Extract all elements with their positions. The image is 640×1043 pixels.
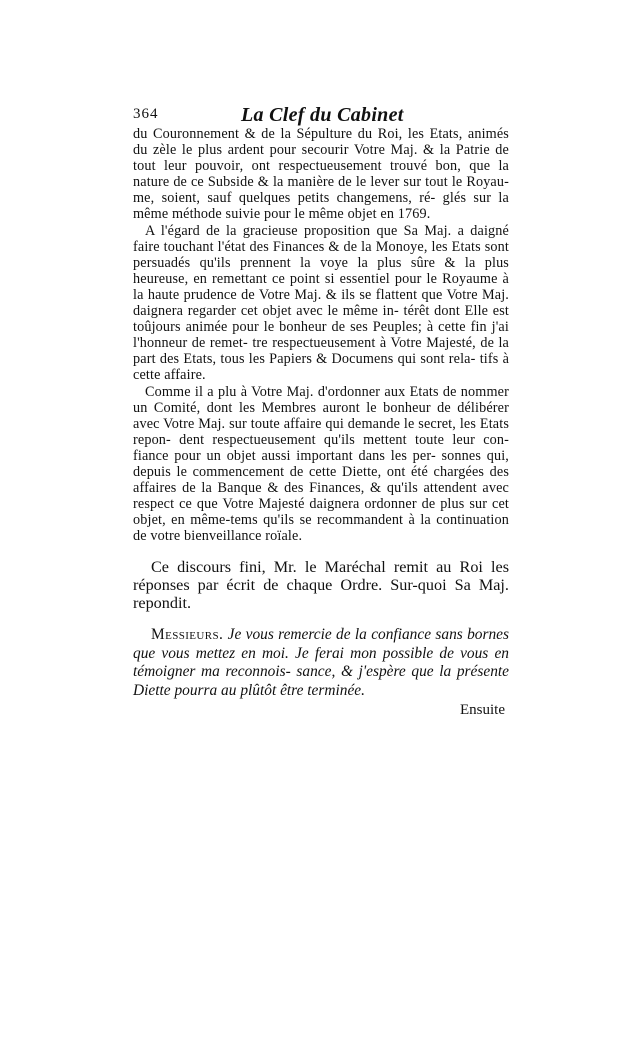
running-title: La Clef du Cabinet xyxy=(241,104,404,127)
salutation: Messieurs. xyxy=(151,626,223,643)
paragraph-comite: Comme il a plu à Votre Maj. d'ordonner a… xyxy=(133,384,509,545)
text-line: Comme il a plu à Votre Maj. d'ordonner a… xyxy=(145,384,405,400)
paragraph-continuation: du Couronnement & de la Sépulture du Roi… xyxy=(133,126,509,223)
text-line: Etats, tous les Papiers & Documens qui s… xyxy=(183,351,475,367)
body-text: du Couronnement & de la Sépulture du Roi… xyxy=(133,126,509,544)
text-line: Subside & la manière de le lever sur tou… xyxy=(208,174,509,190)
text-line: Je vous remercie de la confiance xyxy=(228,626,431,643)
text-line: Ce discours fini, Mr. le Maréchal remit … xyxy=(151,558,451,576)
text-line: A l'égard de la gracieuse proposition qu… xyxy=(145,223,451,239)
text-line: me, soient, sauf quelques petits changem… xyxy=(133,190,435,206)
text-line: objet en 1769. xyxy=(348,206,431,222)
catchword: Ensuite xyxy=(133,702,509,719)
narrative-paragraph: Ce discours fini, Mr. le Maréchal remit … xyxy=(133,558,509,612)
text-line: objet, en même-tems qu'ils se recommande… xyxy=(133,512,431,528)
book-page: 364 La Clef du Cabinet du Couronnement &… xyxy=(133,104,509,719)
royal-reply: Messieurs. Je vous remercie de la confia… xyxy=(133,626,509,700)
text-line: dent respectueusement qu'ils mettent tou… xyxy=(179,432,509,448)
text-line: que Votre Majesté daignera ordonner de p… xyxy=(197,496,509,512)
page-number: 364 xyxy=(133,106,159,123)
text-line: du Couronnement & de la Sépulture du Roi… xyxy=(133,126,424,142)
running-head: 364 La Clef du Cabinet xyxy=(133,104,509,126)
text-line: plûtôt être terminée. xyxy=(240,682,365,699)
text-line: prudence de Votre Maj. & ils se flattent… xyxy=(184,287,478,303)
text-line: fiance pour un objet aussi important dan… xyxy=(133,448,436,464)
paragraph-finances: A l'égard de la gracieuse proposition qu… xyxy=(133,223,509,384)
